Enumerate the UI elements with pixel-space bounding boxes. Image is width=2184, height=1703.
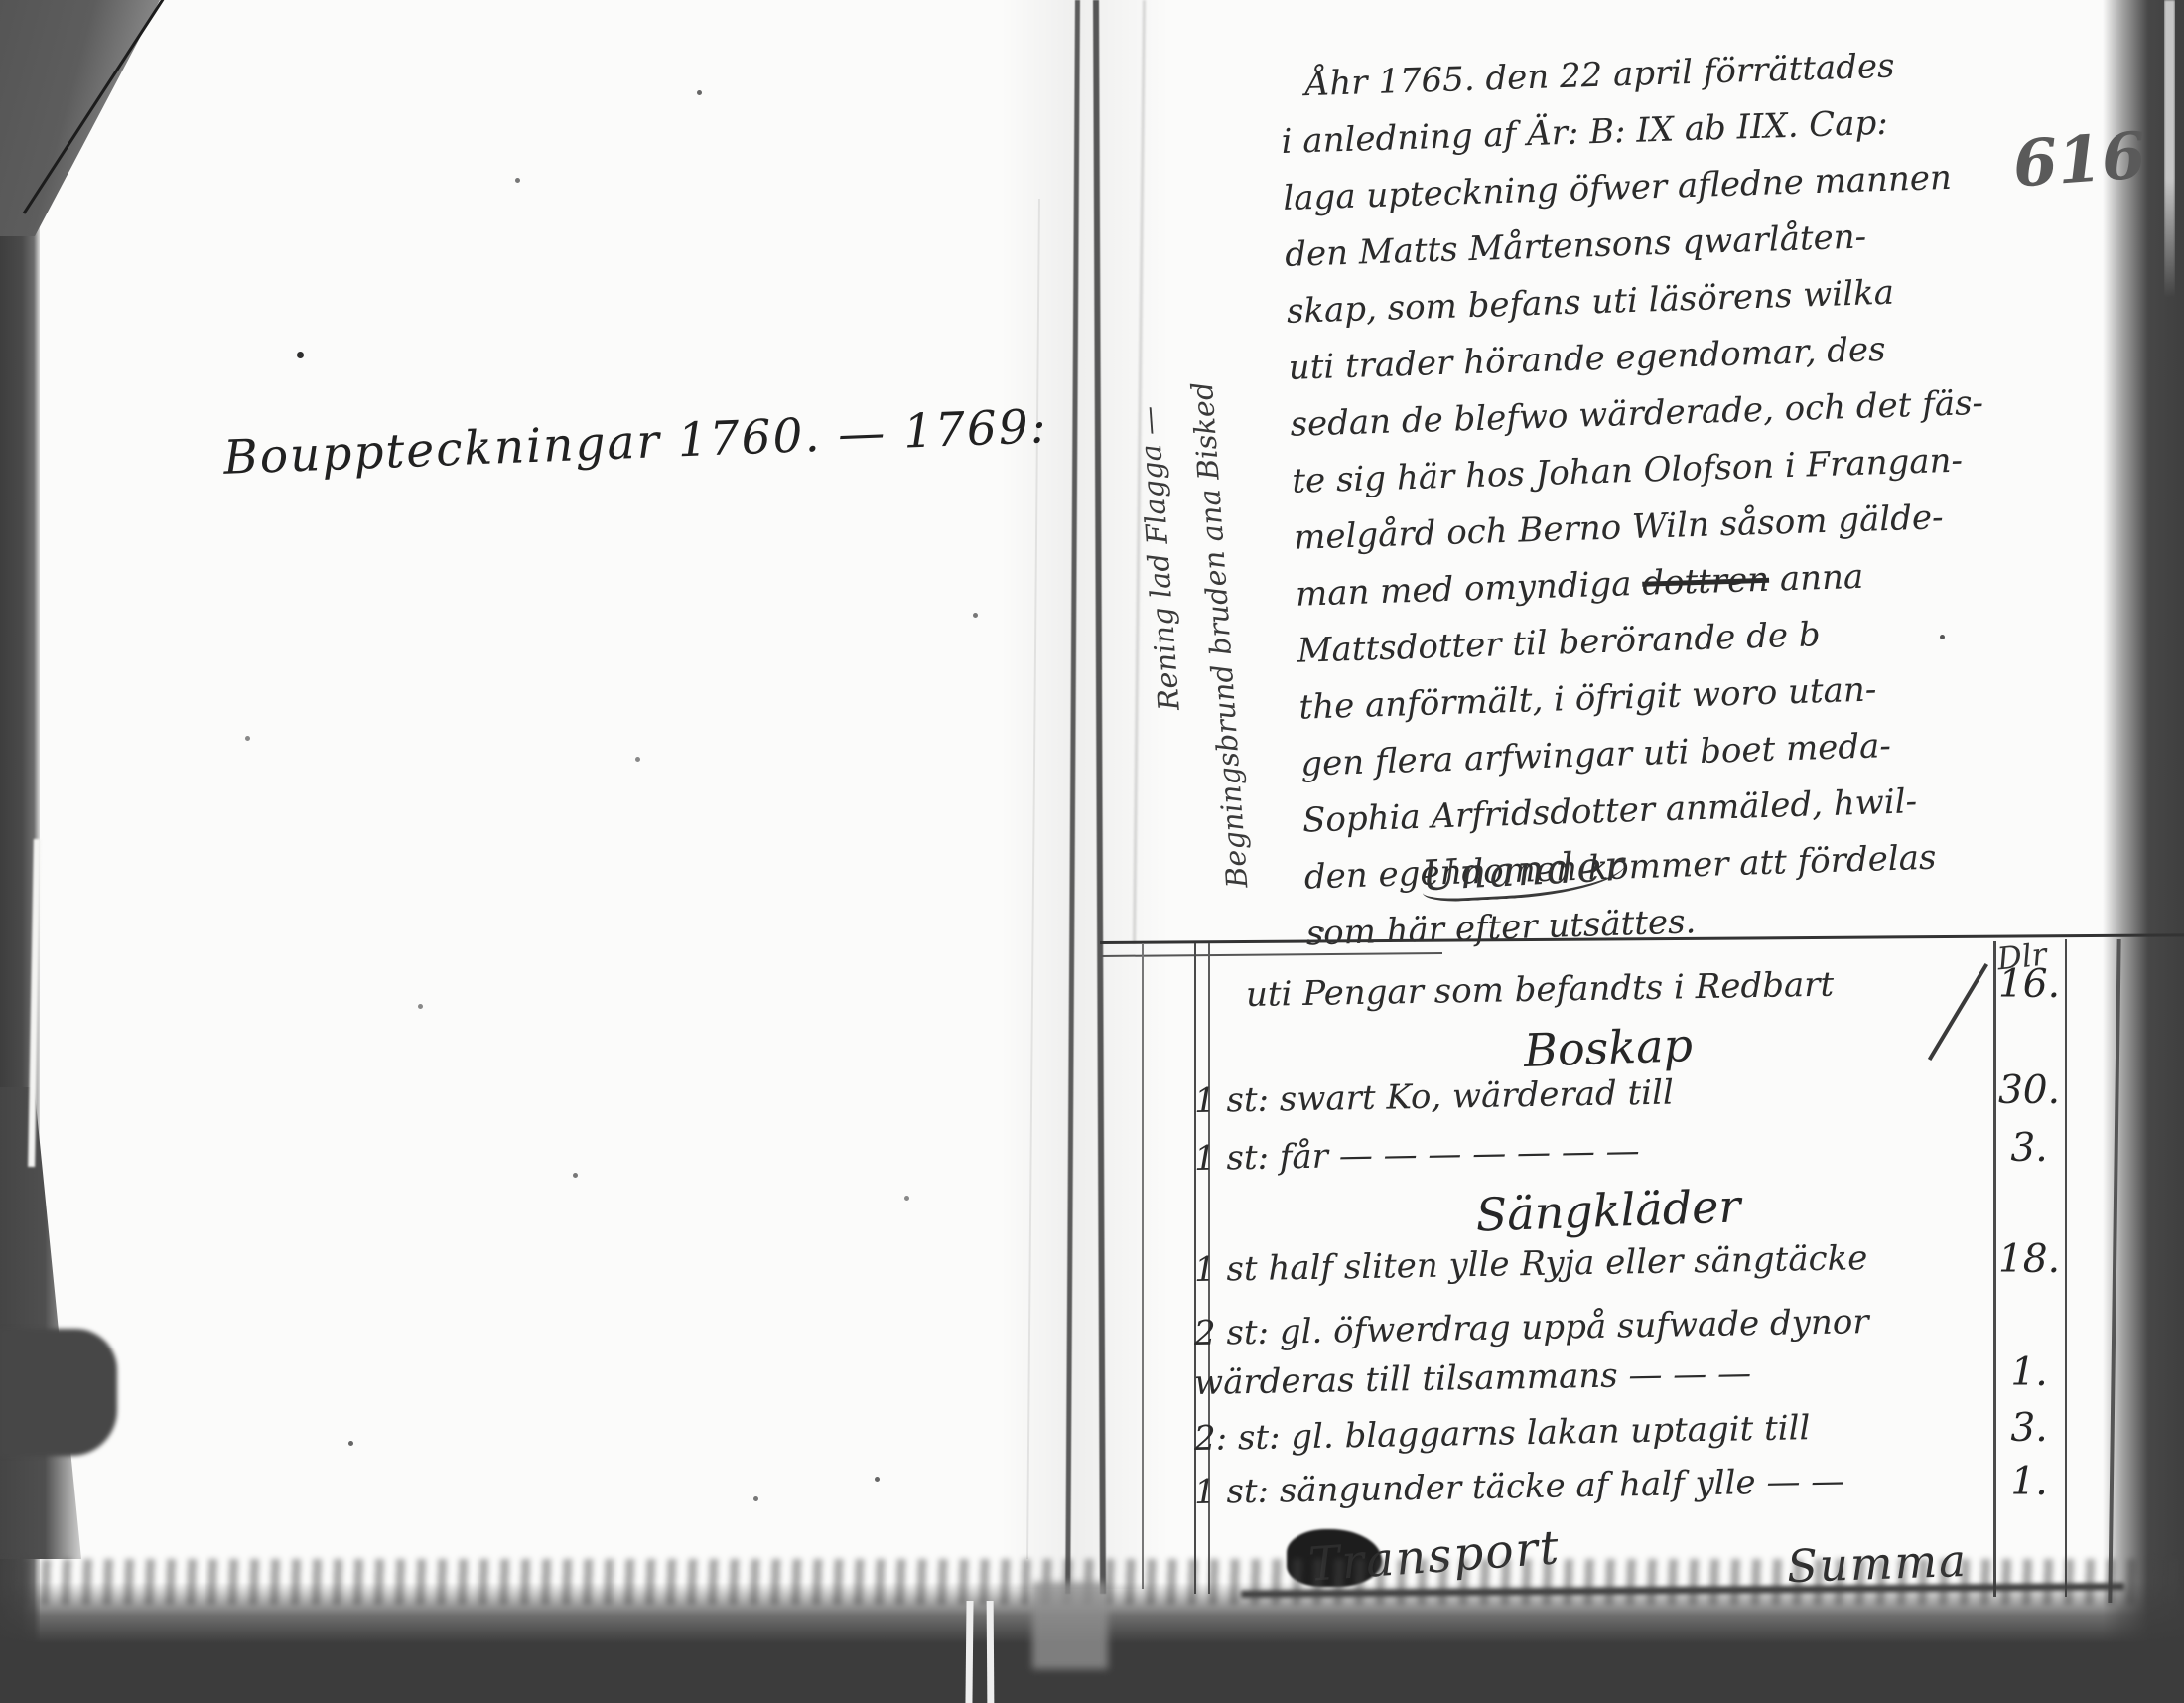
inventory-row-text: 2 st: gl. öfwerdrag uppå sufwade dynor <box>1194 1300 1989 1353</box>
film-scratch-right <box>2164 0 2175 298</box>
microfilm-scan: Bouppteckningar 1760. — 1769: 616 Åhr 17… <box>0 0 2184 1703</box>
inventory-row-value: 3. <box>1991 1406 2067 1451</box>
inventory-row-text: uti Pengar som befandts i Redbart <box>1246 961 2041 1015</box>
inventory-row-value: 1. <box>1991 1460 2067 1504</box>
inventory-row-value: 1. <box>1991 1350 2067 1395</box>
inventory-row-text: 2: st: gl. blaggarns lakan uptagit till <box>1194 1405 1989 1459</box>
deed-text-block: Åhr 1765. den 22 april förrättadesi anle… <box>1279 30 2180 962</box>
inventory-row-value: 3. <box>1991 1126 2067 1171</box>
film-blob-left <box>0 1329 117 1456</box>
inventory-row-text: wärderas till tilsammans — — — <box>1194 1349 1989 1403</box>
page-edge-slit-2 <box>987 1601 995 1703</box>
inventory-row-value: 30. <box>1991 1068 2067 1113</box>
struck-word: dottren <box>1642 560 1770 604</box>
page-edge-slit-1 <box>965 1601 973 1703</box>
film-light-patch <box>1032 1582 1108 1669</box>
table-border-fold <box>1142 943 1144 1589</box>
inventory-row-value: 16. <box>1991 962 2067 1007</box>
inventory-row-value: 18. <box>1991 1237 2067 1282</box>
film-border-left-lower <box>0 1087 81 1559</box>
inventory-row-text: 1 st: får — — — — — — — <box>1194 1125 1989 1179</box>
dust-speckles <box>0 0 3 3</box>
volume-title: Bouppteckningar 1760. — 1769: <box>222 399 1048 486</box>
inventory-row-text: 1 st: sängunder täcke af half ylle — — <box>1194 1459 1989 1512</box>
